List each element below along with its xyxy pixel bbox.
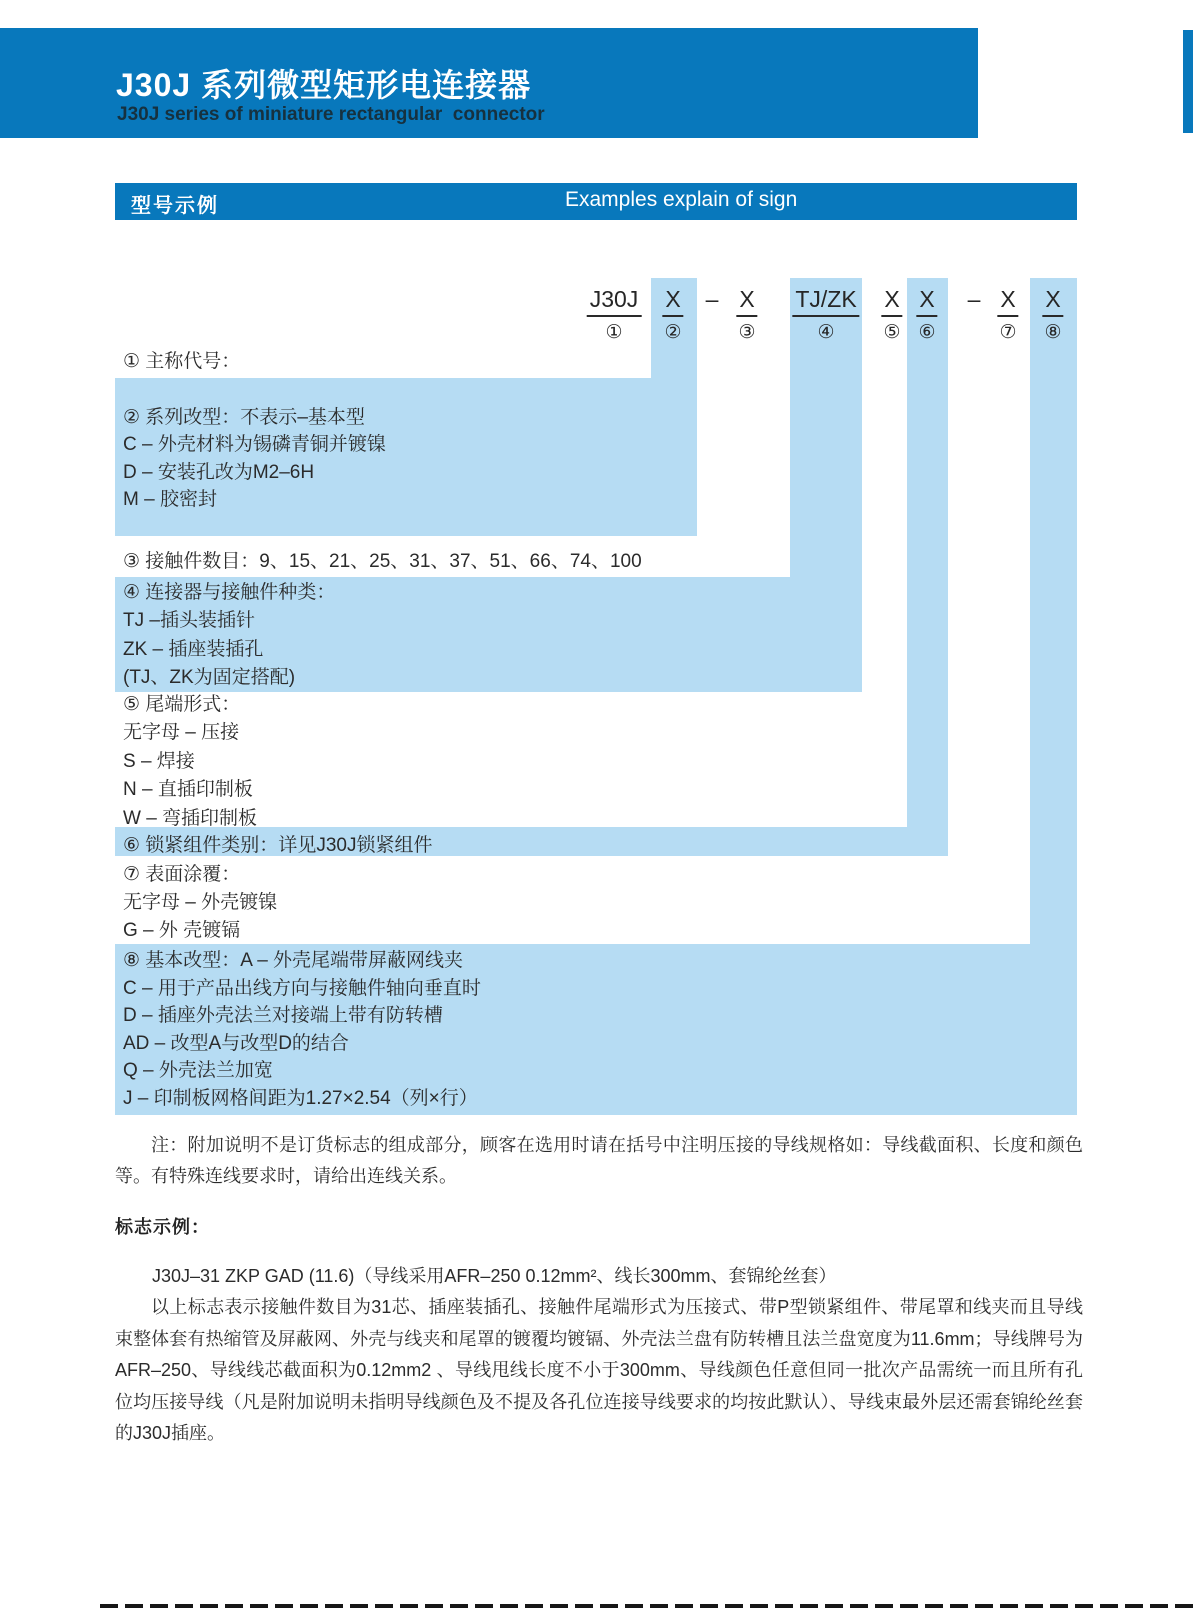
example-label: 标志示例： [115,1213,210,1239]
code-token-x6: X [916,286,937,317]
legend-line: ④ 连接器与接触件种类： [123,579,862,607]
legend-line: ⑥ 锁紧组件类别：详见J30J锁紧组件 [123,830,948,857]
legend-row-1: ① 主称代号： [123,346,240,373]
diagram-column-6 [907,278,948,856]
legend-line: ⑧ 基本改型：A – 外壳尾端带屏蔽网线夹 [123,947,1077,975]
page-title: J30J 系列微型矩形电连接器 [116,60,531,106]
code-token-tjzk: TJ/ZK [792,286,859,317]
legend-line: ⑦ 表面涂覆： [123,861,277,889]
legend-line: AD – 改型A与改型D的结合 [123,1030,1077,1058]
legend-line: S – 焊接 [123,748,257,776]
section-title-en: Examples explain of sign [565,188,797,212]
legend-block-8: ⑧ 基本改型：A – 外壳尾端带屏蔽网线夹 C – 用于产品出线方向与接触件轴向… [115,944,1077,1115]
legend-block-2: ② 系列改型：不表示–基本型 C – 外壳材料为锡磷青铜并镀镍 D – 安装孔改… [115,378,697,536]
legend-row-3: ③ 接触件数目：9、15、21、25、31、37、51、66、74、100 [123,546,642,573]
code-index-row: ① ② ③ ④ ⑤ ⑥ ⑦ ⑧ [0,321,1193,345]
legend-line: TJ –插头装插针 [123,607,862,635]
code-index-circle-7: ⑦ [999,321,1016,344]
legend-line: ⑤ 尾端形式： [123,691,257,719]
code-index-circle-2: ② [664,321,681,344]
datasheet-page: J30J 系列微型矩形电连接器 J30J series of miniature… [0,0,1193,1617]
legend-line: ② 系列改型：不表示–基本型 [123,404,697,431]
legend-line: D – 安装孔改为M2–6H [123,459,697,486]
code-token-dash1: – [706,286,719,313]
legend-row-5: ⑤ 尾端形式： 无字母 – 压接 S – 焊接 N – 直插印制板 W – 弯插… [123,691,257,833]
code-token-dash2: – [968,286,981,313]
legend-line: ZK – 插座装插孔 [123,636,862,664]
legend-line: J – 印制板网格间距为1.27×2.54（列×行） [123,1085,1077,1113]
legend-row-7: ⑦ 表面涂覆： 无字母 – 外壳镀镍 G – 外 壳镀镉 [123,861,277,945]
section-header-bar: 型号示例 Examples explain of sign [115,183,1077,220]
legend-line: C – 用于产品出线方向与接触件轴向垂直时 [123,975,1077,1003]
legend-line: D – 插座外壳法兰对接端上带有防转槽 [123,1002,1077,1030]
model-code-diagram: J30J X – X TJ/ZK X X – X X [0,286,1193,316]
code-index-circle-1: ① [605,321,622,344]
code-token-x2: X [662,286,683,317]
code-token-j30j: J30J [587,286,642,317]
corner-tab-decoration [1183,30,1193,133]
code-index-circle-8: ⑧ [1044,321,1061,344]
code-index-circle-4: ④ [817,321,834,344]
page-subtitle-en: J30J series of miniature rectangular con… [117,104,545,126]
legend-line: G – 外 壳镀镉 [123,917,277,945]
code-token-x5: X [881,286,902,317]
example-description: 以上标志表示接触件数目为31芯、插座装插孔、接触件尾端形式为压接式、带P型锁紧组… [115,1292,1083,1450]
code-index-circle-3: ③ [738,321,755,344]
legend-line: (TJ、ZK为固定搭配) [123,664,862,692]
code-index-circle-5: ⑤ [883,321,900,344]
code-token-x7: X [997,286,1018,317]
page-bottom-divider [100,1604,1193,1608]
legend-line: M – 胶密封 [123,486,697,513]
code-token-x8: X [1042,286,1063,317]
example-code: J30J–31 ZKP GAD (11.6)（导线采用AFR–250 0.12m… [152,1262,837,1288]
legend-block-6: ⑥ 锁紧组件类别：详见J30J锁紧组件 [115,827,948,856]
legend-line: Q – 外壳法兰加宽 [123,1057,1077,1085]
legend-line: 无字母 – 外壳镀镍 [123,889,277,917]
code-index-circle-6: ⑥ [918,321,935,344]
legend-line: C – 外壳材料为锡磷青铜并镀镍 [123,431,697,458]
code-token-x3: X [736,286,757,317]
note-paragraph: 注：附加说明不是订货标志的组成部分，顾客在选用时请在括号中注明压接的导线规格如：… [115,1130,1083,1191]
legend-block-4: ④ 连接器与接触件种类： TJ –插头装插针 ZK – 插座装插孔 (TJ、ZK… [115,577,862,692]
legend-line: 无字母 – 压接 [123,719,257,747]
section-title-zh: 型号示例 [131,189,219,218]
legend-line: N – 直插印制板 [123,776,257,804]
